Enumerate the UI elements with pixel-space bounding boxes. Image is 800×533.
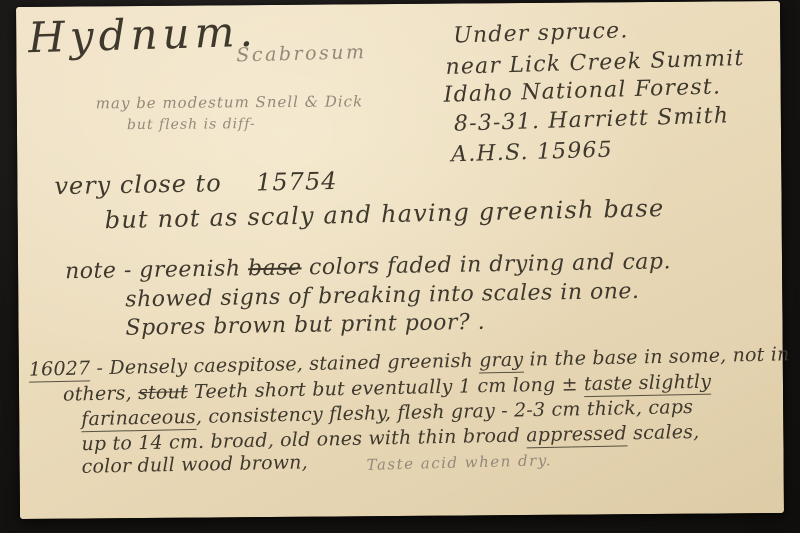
entry-line5: color dull wood brown, bbox=[81, 453, 308, 477]
comparison-line1: very close to 15754 bbox=[54, 169, 337, 198]
pencil-species-annotation: Scabrosum bbox=[236, 43, 367, 65]
note-line1: note - greenish base colors faded in dry… bbox=[65, 251, 671, 283]
note-line1-cont: colors faded in drying and cap. bbox=[301, 249, 671, 280]
note-line3: Spores brown but print poor? . bbox=[125, 312, 485, 340]
index-card: Hydnum. Scabrosum may be modestum Snell … bbox=[16, 1, 784, 519]
collection-forest: Idaho National Forest. bbox=[443, 76, 721, 106]
entry-underlined-farinaceous: farinaceous bbox=[81, 406, 196, 432]
collection-date-collector: 8-3-31. Harriett Smith bbox=[454, 105, 730, 135]
note-line1-text: note - greenish bbox=[65, 256, 248, 284]
pencil-note-line2: but flesh is diff- bbox=[127, 117, 256, 132]
pencil-note-line1: may be modestum Snell & Dick bbox=[96, 94, 364, 111]
comparison-line2: but not as scaly and having greenish bas… bbox=[104, 196, 664, 232]
entry-line4-cont: scales, bbox=[627, 421, 700, 444]
entry-line1-text: - Densely caespitose, stained greenish bbox=[90, 350, 479, 380]
entry-line2-text: others, bbox=[63, 382, 139, 406]
pencil-taste-annotation: Taste acid when dry. bbox=[366, 453, 552, 473]
entry-underlined-taste: taste slightly bbox=[584, 371, 712, 398]
collection-habitat: Under spruce. bbox=[453, 20, 629, 47]
collection-number: A.H.S. 15965 bbox=[451, 139, 613, 166]
entry-number: 16027 bbox=[29, 357, 91, 382]
species-title: Hydnum. bbox=[28, 11, 259, 60]
entry-struck-word: stout bbox=[138, 381, 188, 404]
entry-underlined-gray: gray bbox=[479, 349, 524, 374]
entry-underlined-appressed: appressed bbox=[526, 422, 627, 448]
note-line2: showed signs of breaking into scales in … bbox=[125, 281, 639, 312]
photo-background: { "photo": { "background_color": "#17151… bbox=[0, 0, 800, 533]
note-struck-word: base bbox=[248, 255, 302, 281]
entry-line1-cont: in the base in some, not in bbox=[523, 343, 790, 370]
